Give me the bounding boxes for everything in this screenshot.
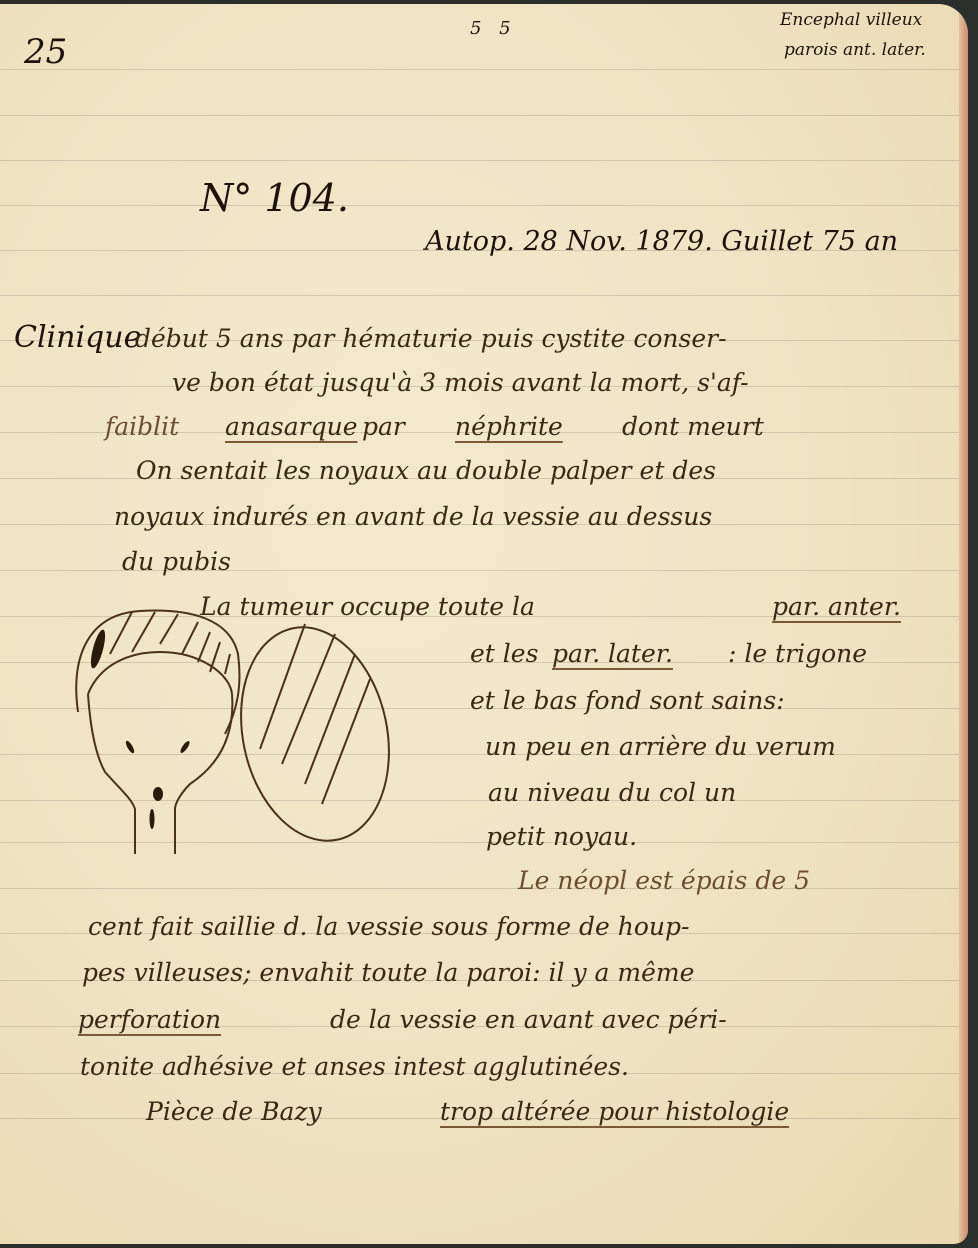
- text-line: dont meurt: [622, 412, 764, 441]
- section-label-clinique: Clinique: [14, 320, 141, 355]
- text-line-underlined: par. anter.: [772, 592, 901, 621]
- ruled-line: [0, 295, 959, 296]
- text-line: pes villeuses; envahit toute la paroi: i…: [82, 958, 694, 987]
- text-line: noyaux indurés en avant de la vessie au …: [114, 502, 712, 531]
- ruled-line: [0, 69, 959, 70]
- text-line: de la vessie en avant avec péri-: [330, 1005, 727, 1034]
- ruled-line: [0, 888, 959, 889]
- text-line: et le bas fond sont sains:: [470, 686, 785, 715]
- text-line: Pièce de Bazy: [146, 1097, 322, 1126]
- text-line: : le trigone: [728, 639, 867, 668]
- text-line: un peu en arrière du verum: [485, 732, 836, 761]
- text-line: petit noyau.: [486, 822, 637, 851]
- text-line: début 5 ans par hématurie puis cystite c…: [135, 324, 727, 353]
- bladder-tumor-sketch-icon: [60, 594, 400, 864]
- margin-note-line-2: parois ant. later.: [784, 40, 926, 60]
- autopsy-line: Autop. 28 Nov. 1879. Guillet 75 an: [425, 226, 898, 257]
- text-line: cent fait saillie d. la vessie sous form…: [88, 912, 689, 941]
- text-line-underlined: trop altérée pour histologie: [440, 1097, 789, 1126]
- ruled-line: [0, 160, 959, 161]
- text-line: et les: [470, 639, 538, 668]
- text-line-underlined: par. later.: [552, 639, 673, 668]
- text-line-underlined: perforation: [78, 1005, 221, 1034]
- notebook-page: 25 5 5 Encephal villeux parois ant. late…: [0, 4, 968, 1244]
- page-number: 25: [24, 32, 67, 72]
- text-line: Le néopl est épais de 5: [518, 866, 810, 895]
- text-line: au niveau du col un: [488, 778, 736, 807]
- folio-number: 5 5: [470, 18, 517, 39]
- entry-number: N° 104.: [200, 176, 349, 220]
- text-line: par: [362, 412, 405, 441]
- text-line-underlined: anasarque: [225, 412, 358, 441]
- text-line-underlined: néphrite: [455, 412, 563, 441]
- ruled-line: [0, 205, 959, 206]
- text-line: tonite adhésive et anses intest agglutin…: [80, 1052, 629, 1081]
- ruled-line: [0, 115, 959, 116]
- text-line: faiblit: [105, 412, 179, 441]
- text-line: ve bon état jusqu'à 3 mois avant la mort…: [172, 368, 749, 397]
- text-line: du pubis: [122, 547, 231, 576]
- margin-note-line-1: Encephal villeux: [780, 10, 922, 30]
- text-line: On sentait les noyaux au double palper e…: [136, 456, 716, 485]
- page-edge: [959, 4, 968, 1244]
